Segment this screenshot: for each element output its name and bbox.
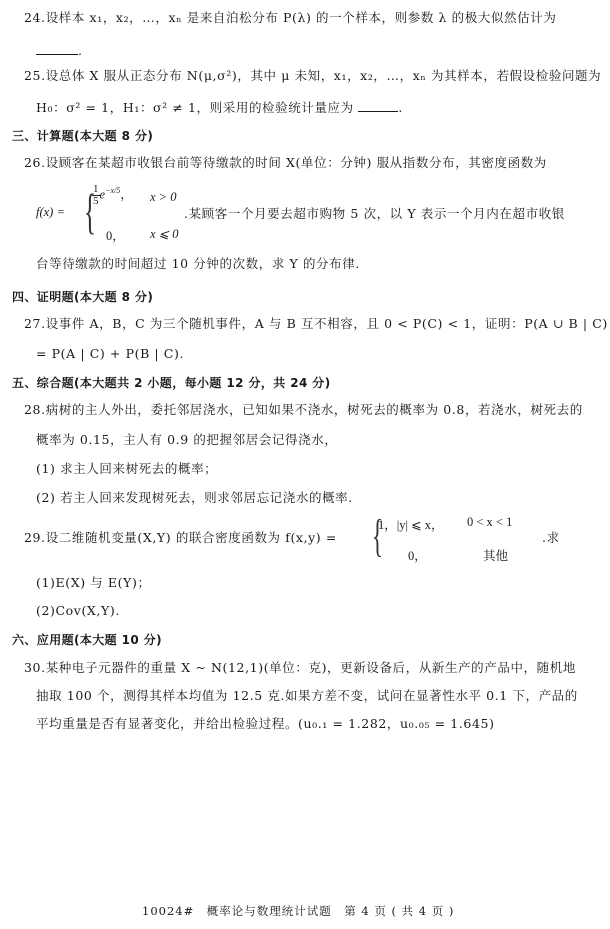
piecewise-case-2: 0， (408, 546, 427, 564)
question-29-sub-1: (1)E(X) 与 E(Y)； (36, 575, 151, 591)
page-footer: 10024# 概率论与数理统计试题 第 4 页 ( 共 4 页 ) (142, 903, 454, 919)
question-29-sub-2: (2)Cov(X,Y). (36, 603, 120, 619)
piecewise-case-1: 15e−x/5， (92, 184, 133, 207)
question-25-line-2: H₀：σ² = 1，H₁：σ² ≠ 1，则采用的检验统计量应为 . (36, 99, 403, 116)
fraction: 15 (92, 184, 100, 207)
question-text: 设事件 A，B，C 为三个随机事件，A 与 B 互不相容，且 0 < P(C) … (46, 316, 608, 331)
question-30-line-3: 平均重量是否有显著变化，并给出检验过程。(u₀.₁ = 1.282，u₀.₀₅ … (36, 716, 495, 732)
question-30-line-2: 抽取 100 个，测得其样本均值为 12.5 克.如果方差不变，试问在显著性水平… (36, 688, 578, 704)
answer-blank[interactable] (358, 99, 398, 112)
piecewise-condition-2: x ⩽ 0 (150, 226, 179, 242)
question-28-sub-1: (1) 求主人回来树死去的概率； (36, 461, 217, 477)
question-text: 设顾客在某超市收银台前等待缴款的时间 X(单位：分钟) 服从指数分布，其密度函数… (46, 155, 547, 170)
section-heading-6: 六、应用题(本大题 10 分) (12, 632, 162, 648)
question-25-line-1: 25.设总体 X 服从正态分布 N(μ,σ²)，其中 μ 未知，x₁，x₂，…，… (24, 68, 601, 84)
piecewise-case-1: 1，|y| ⩽ x， (378, 515, 443, 533)
piecewise-condition-2: 其他 (483, 546, 508, 564)
question-30-line-1: 30.某种电子元器件的重量 X ~ N(12,1)(单位：克)，更新设备后，从新… (24, 660, 576, 676)
punctuation: . (78, 43, 83, 58)
question-number: 25. (24, 68, 46, 83)
question-number: 29. (24, 530, 46, 545)
question-29-tail: .求 (542, 530, 560, 546)
question-28-sub-2: (2) 若主人回来发现树死去，则求邻居忘记浇水的概率. (36, 490, 353, 506)
question-28-line-2: 概率为 0.15，主人有 0.9 的把握邻居会记得浇水， (36, 432, 337, 448)
question-26-line-1: 26.设顾客在某超市收银台前等待缴款的时间 X(单位：分钟) 服从指数分布，其密… (24, 155, 547, 171)
section-heading-5: 五、综合题(本大题共 2 小题，每小题 12 分，共 24 分) (12, 375, 331, 391)
question-text: 病树的主人外出，委托邻居浇水，已知如果不浇水，树死去的概率为 0.8，若浇水，树… (46, 402, 583, 417)
answer-blank[interactable] (36, 42, 78, 55)
question-27-line-2: = P(A | C) + P(B | C). (36, 346, 184, 362)
question-28-line-1: 28.病树的主人外出，委托邻居浇水，已知如果不浇水，树死去的概率为 0.8，若浇… (24, 402, 583, 418)
question-27-line-1: 27.设事件 A，B，C 为三个随机事件，A 与 B 互不相容，且 0 < P(… (24, 316, 608, 332)
density-function-label: f(x) = (36, 205, 65, 220)
question-26-line-2: .某顾客一个月要去超市购物 5 次，以 Y 表示一个月内在超市收银 (184, 206, 565, 222)
question-number: 28. (24, 402, 46, 417)
question-text: H₀：σ² = 1，H₁：σ² ≠ 1，则采用的检验统计量应为 (36, 100, 354, 115)
question-number: 24. (24, 10, 46, 25)
question-text: 某种电子元器件的重量 X ~ N(12,1)(单位：克)，更新设备后，从新生产的… (46, 660, 576, 675)
question-29-lead: 29.设二维随机变量(X,Y) 的联合密度函数为 f(x,y) = (24, 530, 337, 546)
question-number: 27. (24, 316, 46, 331)
question-number: 30. (24, 660, 46, 675)
question-text: 设二维随机变量(X,Y) 的联合密度函数为 f(x,y) = (46, 530, 337, 545)
question-24-answer-line: . (36, 42, 83, 59)
piecewise-condition-1: 0 < x < 1 (467, 515, 512, 530)
section-heading-3: 三、计算题(本大题 8 分) (12, 128, 153, 144)
piecewise-condition-1: x > 0 (150, 190, 176, 205)
question-text: 设总体 X 服从正态分布 N(μ,σ²)，其中 μ 未知，x₁，x₂，…，xₙ … (46, 68, 602, 83)
question-24: 24.设样本 x₁，x₂，…，xₙ 是来自泊松分布 P(λ) 的一个样本，则参数… (24, 10, 556, 26)
section-heading-4: 四、证明题(本大题 8 分) (12, 289, 153, 305)
punctuation: . (398, 100, 403, 115)
question-number: 26. (24, 155, 46, 170)
question-text: 设样本 x₁，x₂，…，xₙ 是来自泊松分布 P(λ) 的一个样本，则参数 λ … (46, 10, 557, 25)
question-26-line-3: 台等待缴款的时间超过 10 分钟的次数，求 Y 的分布律. (36, 256, 360, 272)
piecewise-case-2: 0， (106, 226, 125, 244)
